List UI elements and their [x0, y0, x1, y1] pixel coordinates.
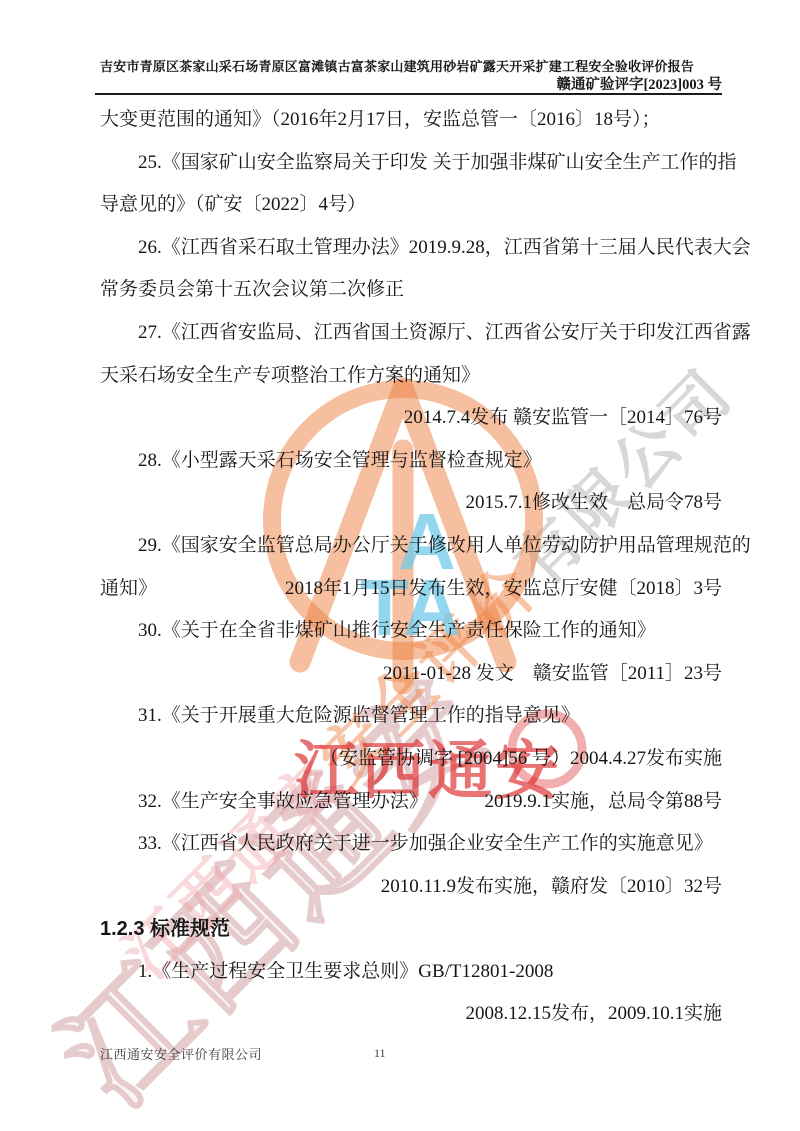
- body-lines: 大变更范围的通知》（2016年2月17日，安监总管一〔2016〕18号）；25.…: [100, 99, 722, 1036]
- document-number: 赣通矿验评字[2023]003 号: [100, 73, 722, 94]
- body-line: 31.《关于开展重大危险源监督管理工作的指导意见》: [100, 695, 722, 738]
- footer-company: 江西通安安全评价有限公司: [100, 1044, 262, 1063]
- body-line: 29.《国家安全监管总局办公厅关于修改用人单位劳动防护用品管理规范的: [100, 525, 722, 568]
- document-page: 江西通安 江西通安安全评价有限公司 A TA 江西通安 吉安市青原区茶家山采石场…: [0, 0, 800, 1131]
- body-line: 25.《国家矿山安全监察局关于印发 关于加强非煤矿山安全生产工作的指: [100, 142, 722, 185]
- section-heading: 1.2.3 标准规范: [100, 908, 722, 951]
- body-line: 30.《关于在全省非煤矿山推行安全生产责任保险工作的通知》: [100, 610, 722, 653]
- body-line: 28.《小型露天采石场安全管理与监督检查规定》: [100, 440, 722, 483]
- page-content: 吉安市青原区茶家山采石场青原区富滩镇古富茶家山建筑用砂岩矿露天开采扩建工程安全验…: [0, 0, 800, 1131]
- line-left-text: 通知》: [100, 568, 157, 611]
- body-line: 大变更范围的通知》（2016年2月17日，安监总管一〔2016〕18号）；: [100, 99, 722, 142]
- line-left-text: 32.《生产安全事故应急管理办法》: [100, 781, 428, 824]
- body-line: 2014.7.4发布 赣安监管一［2014］76号: [100, 397, 722, 440]
- body-line: 2010.11.9发布实施，赣府发〔2010〕32号: [100, 866, 722, 909]
- header-divider: [95, 93, 722, 95]
- body-line: 常务委员会第十五次会议第二次修正: [100, 269, 722, 312]
- body-line: 2011-01-28 发文 赣安监管［2011］23号: [100, 653, 722, 696]
- body-line: 1.《生产过程安全卫生要求总则》GB/T12801-2008: [100, 951, 722, 994]
- page-number: 11: [374, 1046, 386, 1061]
- body-line: 通知》2018年1月15日发布生效，安监总厅安健〔2018〕3号: [100, 568, 722, 611]
- body-line: 导意见的》（矿安〔2022〕4号）: [100, 184, 722, 227]
- body-line: 26.《江西省采石取土管理办法》2019.9.28，江西省第十三届人民代表大会: [100, 227, 722, 270]
- body-line: 2008.12.15发布，2009.10.1实施: [100, 993, 722, 1036]
- body-line: 32.《生产安全事故应急管理办法》2019.9.1实施，总局令第88号: [100, 781, 722, 824]
- line-right-text: 2018年1月15日发布生效，安监总厅安健〔2018〕3号: [285, 568, 722, 611]
- body-line: 2015.7.1修改生效 总局令78号: [100, 482, 722, 525]
- body-line: 33.《江西省人民政府关于进一步加强企业安全生产工作的实施意见》: [100, 823, 722, 866]
- body-line: 27.《江西省安监局、江西省国土资源厅、江西省公安厅关于印发江西省露: [100, 312, 722, 355]
- body-line: 天采石场安全生产专项整治工作方案的通知》: [100, 355, 722, 398]
- line-right-text: 2019.9.1实施，总局令第88号: [484, 781, 722, 824]
- body-line: （安监管协调字 [2004]56 号）2004.4.27发布实施: [100, 738, 722, 781]
